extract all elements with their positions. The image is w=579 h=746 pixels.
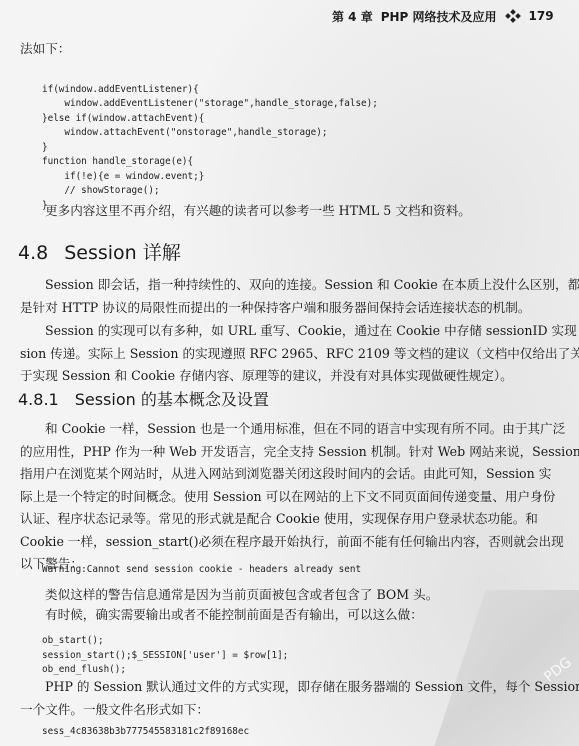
paragraph-session-storage: PHP 的 Session 默认通过文件的方式实现，即存储在服务器端的 Sess… xyxy=(20,676,570,721)
running-header: 第 4 章 PHP 网络技术及应用 179 xyxy=(332,6,572,26)
code-line: window.attachEvent("onstorage",handle_st… xyxy=(42,126,378,141)
paragraph-session-implementation: Session 的实现可以有多种，如 URL 重写、Cookie，通过在 Coo… xyxy=(20,320,570,388)
warning-code-line: Warning:Cannot send session cookie - hea… xyxy=(42,563,361,578)
code-line: }else if(window.attachEvent){ xyxy=(42,112,378,127)
chapter-label: 第 4 章 xyxy=(332,8,373,25)
code-line: if(window.addEventListener){ xyxy=(42,83,378,98)
paragraph-session-concept: 和 Cookie 一样，Session 也是一个通用标准，但在不同的语言中实现有… xyxy=(20,418,570,576)
code-line: } xyxy=(42,141,378,156)
paragraph-more-info: 更多内容这里不再介绍，有兴趣的读者可以参考一些 HTML 5 文档和资料。 xyxy=(20,200,570,223)
page-number: 179 xyxy=(529,9,554,23)
paragraph-session-definition: Session 即会话，指一种持续性的、双向的连接。Session 和 Cook… xyxy=(20,274,570,319)
chapter-title: PHP 网络技术及应用 xyxy=(381,8,497,25)
book-page: PDG 第 4 章 PHP 网络技术及应用 179 法如下： if(window… xyxy=(0,0,579,746)
paragraph-sometimes-note: 有时候，确实需要输出或者不能控制前面是否有输出，可以这么做： xyxy=(20,604,570,627)
code-block-storage-listener: if(window.addEventListener){ window.addE… xyxy=(42,68,378,213)
intro-line: 法如下： xyxy=(20,38,570,61)
code-line: // showStorage(); xyxy=(42,184,378,199)
code-block-ob-start: ob_start();session_start();$_SESSION['us… xyxy=(42,634,288,678)
code-line: window.addEventListener("storage",handle… xyxy=(42,97,378,112)
diamond-ornament-icon xyxy=(505,10,521,22)
code-line: if(!e){e = window.event;} xyxy=(42,170,378,185)
section-heading-4-8: 4.8Session 详解 xyxy=(18,238,181,265)
section-heading-4-8-1: 4.8.1Session 的基本概念及设置 xyxy=(18,387,269,410)
code-line: ob_start(); xyxy=(42,634,288,649)
code-line: session_start();$_SESSION['user'] = $row… xyxy=(42,649,288,664)
session-filename-example: sess_4c83638b3b777545583181c2f89168ec xyxy=(42,725,249,740)
code-line: function handle_storage(e){ xyxy=(42,155,378,170)
